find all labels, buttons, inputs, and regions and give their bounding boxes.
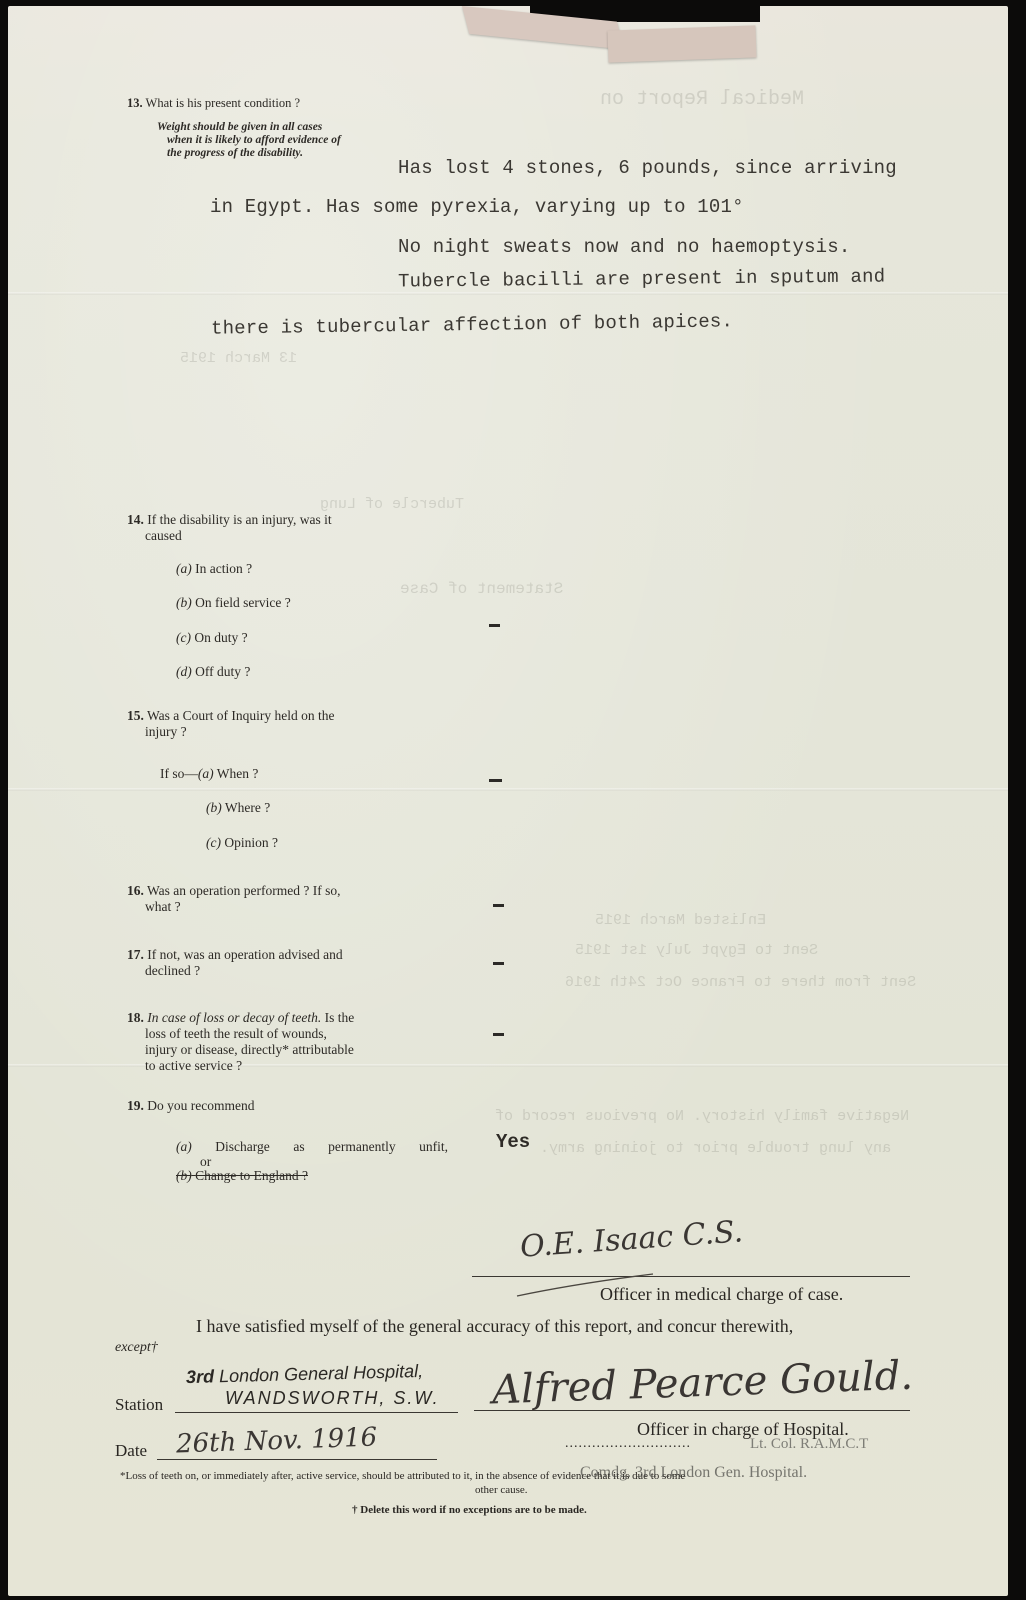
question-number: 18. xyxy=(127,1010,144,1025)
bleed-through-text: Medical Report on xyxy=(600,88,804,111)
question-16: 16. Was an operation performed ? If so, … xyxy=(127,883,447,915)
dagger-footnote: † Delete this word if no exceptions are … xyxy=(352,1504,587,1516)
option-15c: (c) Opinion ? xyxy=(206,835,278,851)
option-14d: (d) Off duty ? xyxy=(176,664,250,680)
option-15b: (b) Where ? xyxy=(206,800,270,816)
option-14c: (c) On duty ? xyxy=(176,630,248,646)
answer-18-dash xyxy=(493,1033,504,1036)
option-14a: (a) In action ? xyxy=(176,561,252,577)
question-number: 16. xyxy=(127,883,144,898)
question-number: 19. xyxy=(127,1098,144,1113)
date-line xyxy=(157,1459,437,1460)
question-text: If the disability is an injury, was it xyxy=(147,512,331,527)
question-number: 13. xyxy=(127,96,143,110)
answer-13-line: in Egypt. Has some pyrexia, varying up t… xyxy=(210,196,744,218)
station-label: Station xyxy=(115,1395,163,1415)
bleed-through-text: Sent to Egypt July 1st 1915 xyxy=(575,942,818,959)
paper-fold-crease xyxy=(8,788,1008,791)
option-letter: (b) xyxy=(206,800,222,815)
question-number: 15. xyxy=(127,708,144,723)
answer-15-dash xyxy=(489,779,502,782)
bleed-through-text: any lung trouble prior to joining army. xyxy=(540,1140,891,1157)
option-label: In action ? xyxy=(195,561,252,576)
note-line: the progress of the disability. xyxy=(157,147,341,160)
question-text: What is his present condition ? xyxy=(146,96,300,110)
option-label: When ? xyxy=(217,766,259,781)
option-label: Off duty ? xyxy=(195,664,250,679)
answer-14-dash xyxy=(489,624,500,627)
medical-officer-caption: Officer in medical charge of case. xyxy=(600,1284,843,1305)
question-15: 15. Was a Court of Inquiry held on the i… xyxy=(127,708,447,740)
option-letter: (a) xyxy=(176,561,192,576)
bleed-through-text: Statement of Case xyxy=(400,580,563,598)
question-13: 13. What is his present condition ? xyxy=(127,95,300,111)
question-18: 18. In case of loss or decay of teeth. I… xyxy=(127,1010,447,1074)
hospital-signature-line xyxy=(474,1410,910,1411)
rank-dotted-line: ............................ xyxy=(565,1436,691,1452)
option-label: Where ? xyxy=(225,800,270,815)
question-19: 19. Do you recommend xyxy=(127,1098,254,1114)
question-text: caused xyxy=(127,528,447,544)
answer-13-line: No night sweats now and no haemoptysis. xyxy=(398,236,850,258)
question-text: injury ? xyxy=(127,724,447,740)
bleed-through-text: 13 March 1915 xyxy=(180,350,297,367)
answer-19: Yes xyxy=(496,1131,530,1153)
stamp-text: London General Hospital, xyxy=(219,1361,424,1386)
rank-stamp: Lt. Col. R.A.M.C.T xyxy=(750,1436,868,1453)
option-label: On duty ? xyxy=(194,630,247,645)
question-text: injury or disease, directly* attributabl… xyxy=(127,1042,447,1058)
option-19a: (a) Discharge as permanently unfit, xyxy=(176,1139,448,1155)
teeth-footnote-cont: other cause. xyxy=(475,1484,528,1496)
question-13-note: Weight should be given in all cases when… xyxy=(157,121,341,160)
question-text: to active service ? xyxy=(127,1058,447,1074)
if-so-label: If so— xyxy=(160,766,198,781)
option-letter: (c) xyxy=(206,835,221,850)
option-15a: If so—(a) When ? xyxy=(160,766,258,782)
option-letter: (a) xyxy=(176,1139,192,1154)
question-text: Do you recommend xyxy=(147,1098,254,1113)
question-text: Was a Court of Inquiry held on the xyxy=(147,708,335,723)
answer-13-line: Has lost 4 stones, 6 pounds, since arriv… xyxy=(398,157,897,179)
answer-17-dash xyxy=(493,962,504,965)
station-line xyxy=(175,1412,458,1413)
bleed-through-text: Negative family history. No previous rec… xyxy=(495,1108,909,1125)
option-label: On field service ? xyxy=(195,595,291,610)
bleed-through-text: Tubercle of Lung xyxy=(320,496,464,513)
command-stamp: Comdg. 3rd London Gen. Hospital. xyxy=(580,1464,807,1482)
option-19b-struck: (b) Change to England ? xyxy=(176,1168,308,1184)
note-line: Weight should be given in all cases xyxy=(157,121,341,134)
question-14: 14. If the disability is an injury, was … xyxy=(127,512,447,544)
option-letter: (b) xyxy=(176,1168,192,1183)
bleed-through-text: Sent from there to France Oct 24th 1916 xyxy=(565,974,916,991)
paper-fold-crease xyxy=(8,292,1008,295)
option-14b: (b) On field service ? xyxy=(176,595,291,611)
option-letter: (c) xyxy=(176,630,191,645)
question-text: If not, was an operation advised and xyxy=(147,947,342,962)
except-label: except† xyxy=(115,1340,158,1356)
question-text: Was an operation performed ? If so, xyxy=(147,883,340,898)
question-17: 17. If not, was an operation advised and… xyxy=(127,947,447,979)
concurrence-statement: I have satisfied myself of the general a… xyxy=(196,1316,793,1337)
bleed-through-text: Enlisted March 1915 xyxy=(595,912,766,929)
option-label: Discharge as permanently unfit, xyxy=(215,1139,448,1154)
question-text: loss of teeth the result of wounds, xyxy=(127,1026,447,1042)
date-label: Date xyxy=(115,1441,147,1461)
station-value: WANDSWORTH, S.W. xyxy=(225,1388,440,1409)
question-number: 17. xyxy=(127,947,144,962)
question-number: 14. xyxy=(127,512,144,527)
question-text: declined ? xyxy=(127,963,447,979)
option-letter: (a) xyxy=(198,766,214,781)
torn-paper-flap xyxy=(607,25,756,62)
option-label: Opinion ? xyxy=(224,835,278,850)
question-text: In case of loss or decay of teeth. xyxy=(147,1010,321,1025)
stamp-prefix: 3rd xyxy=(186,1366,215,1387)
option-letter: (d) xyxy=(176,664,192,679)
option-label: Change to England ? xyxy=(195,1168,308,1183)
note-line: when it is likely to afford evidence of xyxy=(157,134,341,147)
question-text: what ? xyxy=(127,899,447,915)
answer-16-dash xyxy=(493,904,504,907)
option-letter: (b) xyxy=(176,595,192,610)
question-text: Is the xyxy=(325,1010,355,1025)
